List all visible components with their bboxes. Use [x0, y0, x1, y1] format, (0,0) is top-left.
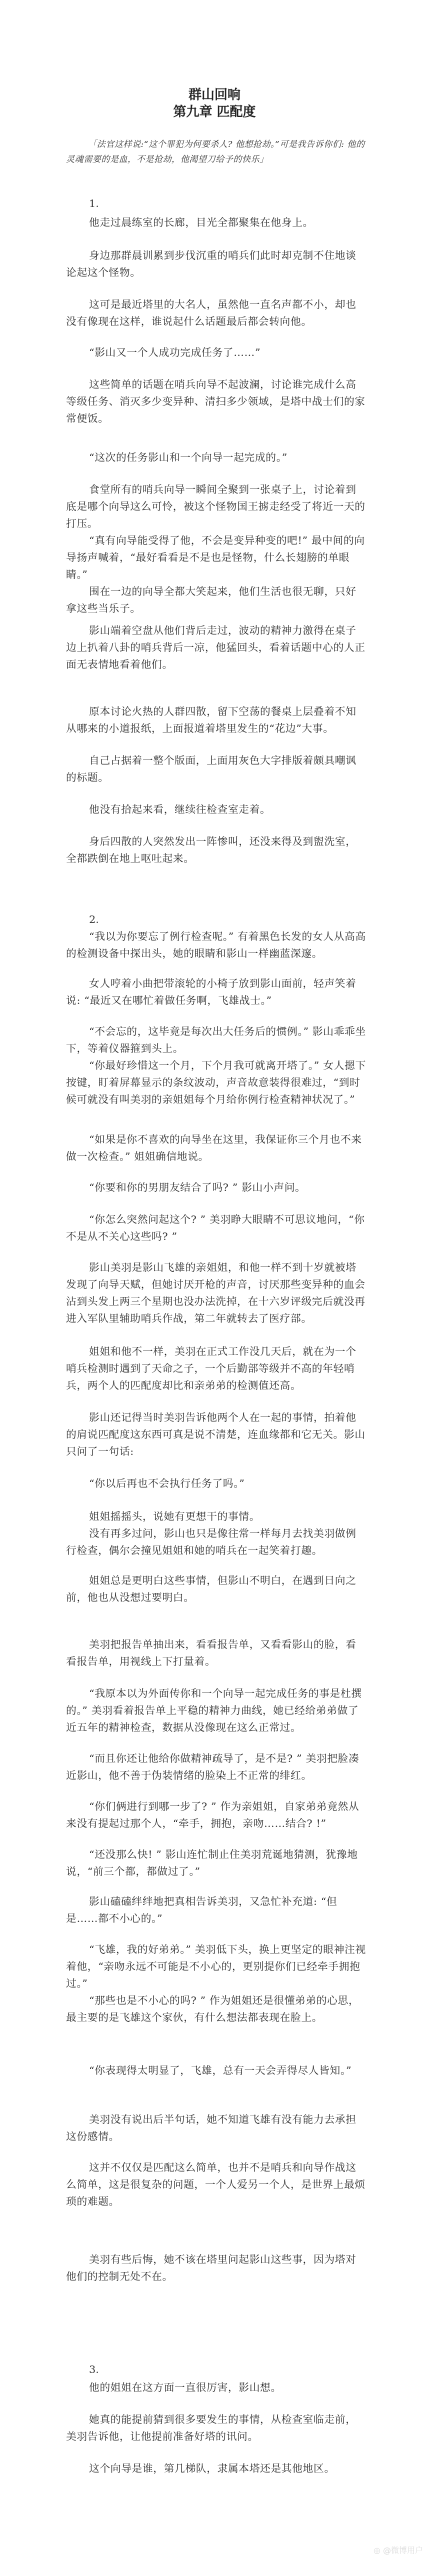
epigraph: 「法官这样说:“这个罪犯为何要杀人? 他想抢劫。”可是我告诉你们: 他的灵魂需要… [66, 138, 366, 168]
paragraph: 姐姐总是更明白这些事情，但影山不明白，在遇到日向之前，他也从没想过要明白。 [66, 1573, 366, 1607]
paragraph-block: 身后四散的人突然发出一阵惨叫，还没来得及到盥洗室，全都跌倒在地上呕吐起来。 [66, 834, 366, 868]
paragraph: “真有向导能受得了他，不会是变异种变的吧!” 最中间的向导扬声喊着，“最好看看是… [66, 533, 366, 584]
paragraph: 围在一边的向导全都大笑起来，他们生活也很无聊，只好拿这些当乐子。 [66, 584, 366, 618]
paragraph: “你要和你的男朋友结合了吗? ” 影山小声问。 [66, 1180, 366, 1197]
paragraph: “你表现得太明显了，飞雄，总有一天会弄得尽人皆知。” [66, 2063, 366, 2080]
paragraph-block: 身边那群晨训累到步伐沉重的哨兵们此时却克制不住地谈论起这个怪物。 [66, 248, 366, 282]
paragraph: 他没有拾起来看，继续往检查室走着。 [66, 802, 366, 819]
paragraph: 影山磕磕绊绊地把真相告诉美羽，又急忙补充道: “但是……都不小心的。” [66, 1894, 366, 1928]
paragraph: 这个向导是谁，第几梯队，隶属本塔还是其他地区。 [66, 2461, 366, 2478]
paragraph-block: 这并不仅仅是匹配这么简单，也并不是哨兵和向导作战这么简单，这是很复杂的问题，一个… [66, 2160, 366, 2211]
paragraph-block: “如果是你不喜欢的向导坐在这里，我保证你三个月也不来做一次检查。” 姐姐确信地说… [66, 1132, 366, 1166]
paragraph: 没有再多过问，影山也只是像往常一样每月去找美羽做例行检查，偶尔会撞见姐姐和她的哨… [66, 1526, 366, 1560]
paragraph: 美羽把报告单抽出来，看看报告单，又看看影山的脸，看看报告单，用视线上下打量着。 [66, 1637, 366, 1671]
paragraph: 身边那群晨训累到步伐沉重的哨兵们此时却克制不住地谈论起这个怪物。 [66, 248, 366, 282]
paragraph-block: 影山磕磕绊绊地把真相告诉美羽，又急忙补充道: “但是……都不小心的。” [66, 1894, 366, 1928]
paragraph: 原本讨论火热的人群四散，留下空荡的餐桌上层叠着不知从哪来的小道报纸，上面报道着塔… [66, 704, 366, 738]
paragraph: “你们俩进行到哪一步了? ” 作为亲姐姐，自家弟弟竟然从来没有提起过那个人，“牵… [66, 1799, 366, 1833]
paragraph: 影山美羽是影山飞雄的亲姐姐，和他一样不到十岁就被塔发现了向导天赋，但她讨厌开枪的… [66, 1260, 366, 1328]
paragraph-block: “影山又一个人成功完成任务了……” [66, 345, 366, 362]
paragraph-block: 他没有拾起来看，继续往检查室走着。 [66, 802, 366, 819]
paragraph-block: 她真的能提前猜到很多要发生的事情，从检查室临走前，美羽告诉他，让他提前准备好塔的… [66, 2412, 366, 2446]
paragraph: 美羽有些后悔，她不该在塔里问起影山这些事，因为塔对他们的控制无处不在。 [66, 2252, 366, 2286]
paragraph: “不会忘的，这毕竟是每次出大任务后的惯例。” 影山乖乖坐下，等着仪器箍到头上。 [66, 1024, 366, 1058]
paragraph-block: 影山还记得当时美羽告诉他两个人在一起的事情，拍着他的肩说匹配度这东西可真是说不清… [66, 1410, 366, 1461]
watermark-text: @微博用户 [383, 2546, 423, 2555]
paragraph: 自己占据着一整个版面，上面用灰色大字排版着颇具嘲讽的标题。 [66, 753, 366, 787]
paragraph: 她真的能提前猜到很多要发生的事情，从检查室临走前，美羽告诉他，让他提前准备好塔的… [66, 2412, 366, 2446]
paragraph: “影山又一个人成功完成任务了……” [66, 345, 366, 362]
paragraph: “你最好珍惜这一个月，下个月我可就离开塔了。” 女人摁下按键，盯着屏幕显示的条纹… [66, 1058, 366, 1109]
paragraph: 身后四散的人突然发出一阵惨叫，还没来得及到盥洗室，全都跌倒在地上呕吐起来。 [66, 834, 366, 868]
chapter-title: 第九章 匹配度 [0, 104, 429, 121]
paragraph: 影山还记得当时美羽告诉他两个人在一起的事情，拍着他的肩说匹配度这东西可真是说不清… [66, 1410, 366, 1461]
paragraph: 美羽没有说出后半句话，她不知道飞雄有没有能力去承担这份感情。 [66, 2112, 366, 2146]
paragraph-block: “你怎么突然问起这个? ” 美羽睁大眼睛不可思议地问，“你不是从不关心这些吗? … [66, 1212, 366, 1246]
paragraph-block: 姐姐和他不一样，美羽在正式工作没几天后，就在为一个哨兵检测时遇到了天命之子，一个… [66, 1344, 366, 1395]
paragraph: 他走过晨练室的长廊，目光全都聚集在他身上。 [66, 215, 366, 232]
paragraph-block: 原本讨论火热的人群四散，留下空荡的餐桌上层叠着不知从哪来的小道报纸，上面报道着塔… [66, 704, 366, 738]
paragraph: 这些简单的话题在哨兵向导不起波澜，讨论谁完成什么高等级任务、消灭多少变异种、清扫… [66, 377, 366, 428]
paragraph-block: 影山端着空盘从他们背后走过，波动的精神力激得在桌子边上扒着八卦的哨兵背后一凉，他… [66, 623, 366, 674]
paragraph-block: 这可是最近塔里的大名人，虽然他一直名声都不小，却也没有像现在这样，谁说起什么话题… [66, 297, 366, 331]
watermark: ◎ @微博用户 [373, 2545, 423, 2556]
paragraph: 食堂所有的哨兵向导一瞬间全聚到一张桌子上，讨论着到底是哪个向导这么可怜，被这个怪… [66, 482, 366, 533]
paragraph-block: “你表现得太明显了，飞雄，总有一天会弄得尽人皆知。” [66, 2063, 366, 2080]
paragraph-block: “你们俩进行到哪一步了? ” 作为亲姐姐，自家弟弟竟然从来没有提起过那个人，“牵… [66, 1799, 366, 1833]
paragraph: 姐姐和他不一样，美羽在正式工作没几天后，就在为一个哨兵检测时遇到了天命之子，一个… [66, 1344, 366, 1395]
paragraph-block: 美羽有些后悔，她不该在塔里问起影山这些事，因为塔对他们的控制无处不在。 [66, 2252, 366, 2286]
paragraph-block: 女人哼着小曲把带滚轮的小椅子放到影山面前，轻声笑着说: “最近又在哪忙着做任务啊… [66, 976, 366, 1010]
paragraph-block: 美羽没有说出后半句话，她不知道飞雄有没有能力去承担这份感情。 [66, 2112, 366, 2146]
weibo-icon: ◎ [373, 2546, 380, 2555]
paragraph: “我原本以为外面传你和一个向导一起完成任务的事是杜撰的。” 美羽看着报告单上平稳… [66, 1686, 366, 1737]
paragraph-block: 影山美羽是影山飞雄的亲姐姐，和他一样不到十岁就被塔发现了向导天赋，但她讨厌开枪的… [66, 1260, 366, 1328]
section-number: 1. [89, 198, 99, 210]
paragraph-block: 这个向导是谁，第几梯队，隶属本塔还是其他地区。 [66, 2461, 366, 2478]
paragraph: “我以为你要忘了例行检查呢。” 有着黑色长发的女人从高高的检测设备中探出头，她的… [66, 929, 366, 963]
paragraph-block: 自己占据着一整个版面，上面用灰色大字排版着颇具嘲讽的标题。 [66, 753, 366, 787]
paragraph-block: “飞雄，我的好弟弟。” 美羽低下头，换上更坚定的眼神注视着他，“亲吻永远不可能是… [66, 1942, 366, 2027]
paragraph: 女人哼着小曲把带滚轮的小椅子放到影山面前，轻声笑着说: “最近又在哪忙着做任务啊… [66, 976, 366, 1010]
paragraph-block: “你以后再也不会执行任务了吗。” [66, 1476, 366, 1493]
paragraph-block: “我以为你要忘了例行检查呢。” 有着黑色长发的女人从高高的检测设备中探出头，她的… [66, 929, 366, 963]
paragraph: “你怎么突然问起这个? ” 美羽睁大眼睛不可思议地问，“你不是从不关心这些吗? … [66, 1212, 366, 1246]
paragraph: “这次的任务影山和一个向导一起完成的。” [66, 450, 366, 467]
paragraph: “飞雄，我的好弟弟。” 美羽低下头，换上更坚定的眼神注视着他，“亲吻永远不可能是… [66, 1942, 366, 1993]
paragraph: 姐姐摇摇头，说她有更想干的事情。 [66, 1509, 366, 1526]
paragraph-block: “不会忘的，这毕竟是每次出大任务后的惯例。” 影山乖乖坐下，等着仪器箍到头上。 … [66, 1024, 366, 1109]
paragraph: 这并不仅仅是匹配这么简单，也并不是哨兵和向导作战这么简单，这是很复杂的问题，一个… [66, 2160, 366, 2211]
paragraph-block: “我原本以为外面传你和一个向导一起完成任务的事是杜撰的。” 美羽看着报告单上平稳… [66, 1686, 366, 1737]
paragraph-block: 食堂所有的哨兵向导一瞬间全聚到一张桌子上，讨论着到底是哪个向导这么可怜，被这个怪… [66, 482, 366, 618]
paragraph-block: “这次的任务影山和一个向导一起完成的。” [66, 450, 366, 467]
paragraph: 影山端着空盘从他们背后走过，波动的精神力激得在桌子边上扒着八卦的哨兵背后一凉，他… [66, 623, 366, 674]
paragraph-block: “你要和你的男朋友结合了吗? ” 影山小声问。 [66, 1180, 366, 1197]
paragraph: “如果是你不喜欢的向导坐在这里，我保证你三个月也不来做一次检查。” 姐姐确信地说… [66, 1132, 366, 1166]
section-number: 2. [89, 914, 99, 926]
section-1-body: 他走过晨练室的长廊，目光全都聚集在他身上。 [66, 215, 366, 232]
book-title: 群山回响 [0, 87, 429, 104]
paragraph-block: “而且你还让他给你做精神疏导了，是不是? ” 美羽把脸凑近影山，他不善于伪装情绪… [66, 1751, 366, 1785]
paragraph: “那些也是不小心的吗? ” 作为姐姐还是很懂弟弟的心思，最主要的是飞雄这个家伙，… [66, 1993, 366, 2027]
paragraph-block: “还没那么快! ” 影山连忙制止住美羽荒诞地猜测，犹豫地说，“前三个都，都做过了… [66, 1847, 366, 1881]
paragraph: 他的姐姐在这方面一直很厉害，影山想。 [66, 2380, 366, 2397]
paragraph-block: 美羽把报告单抽出来，看看报告单，又看看影山的脸，看看报告单，用视线上下打量着。 [66, 1637, 366, 1671]
paragraph-block: 这些简单的话题在哨兵向导不起波澜，讨论谁完成什么高等级任务、消灭多少变异种、清扫… [66, 377, 366, 428]
paragraph: “而且你还让他给你做精神疏导了，是不是? ” 美羽把脸凑近影山，他不善于伪装情绪… [66, 1751, 366, 1785]
paragraph: 这可是最近塔里的大名人，虽然他一直名声都不小，却也没有像现在这样，谁说起什么话题… [66, 297, 366, 331]
paragraph: “还没那么快! ” 影山连忙制止住美羽荒诞地猜测，犹豫地说，“前三个都，都做过了… [66, 1847, 366, 1881]
paragraph: “你以后再也不会执行任务了吗。” [66, 1476, 366, 1493]
section-number: 3. [89, 2364, 99, 2376]
paragraph-block: 姐姐摇摇头，说她有更想干的事情。 没有再多过问，影山也只是像往常一样每月去找美羽… [66, 1509, 366, 1560]
paragraph-block: 他的姐姐在这方面一直很厉害，影山想。 [66, 2380, 366, 2397]
paragraph-block: 姐姐总是更明白这些事情，但影山不明白，在遇到日向之前，他也从没想过要明白。 [66, 1573, 366, 1607]
